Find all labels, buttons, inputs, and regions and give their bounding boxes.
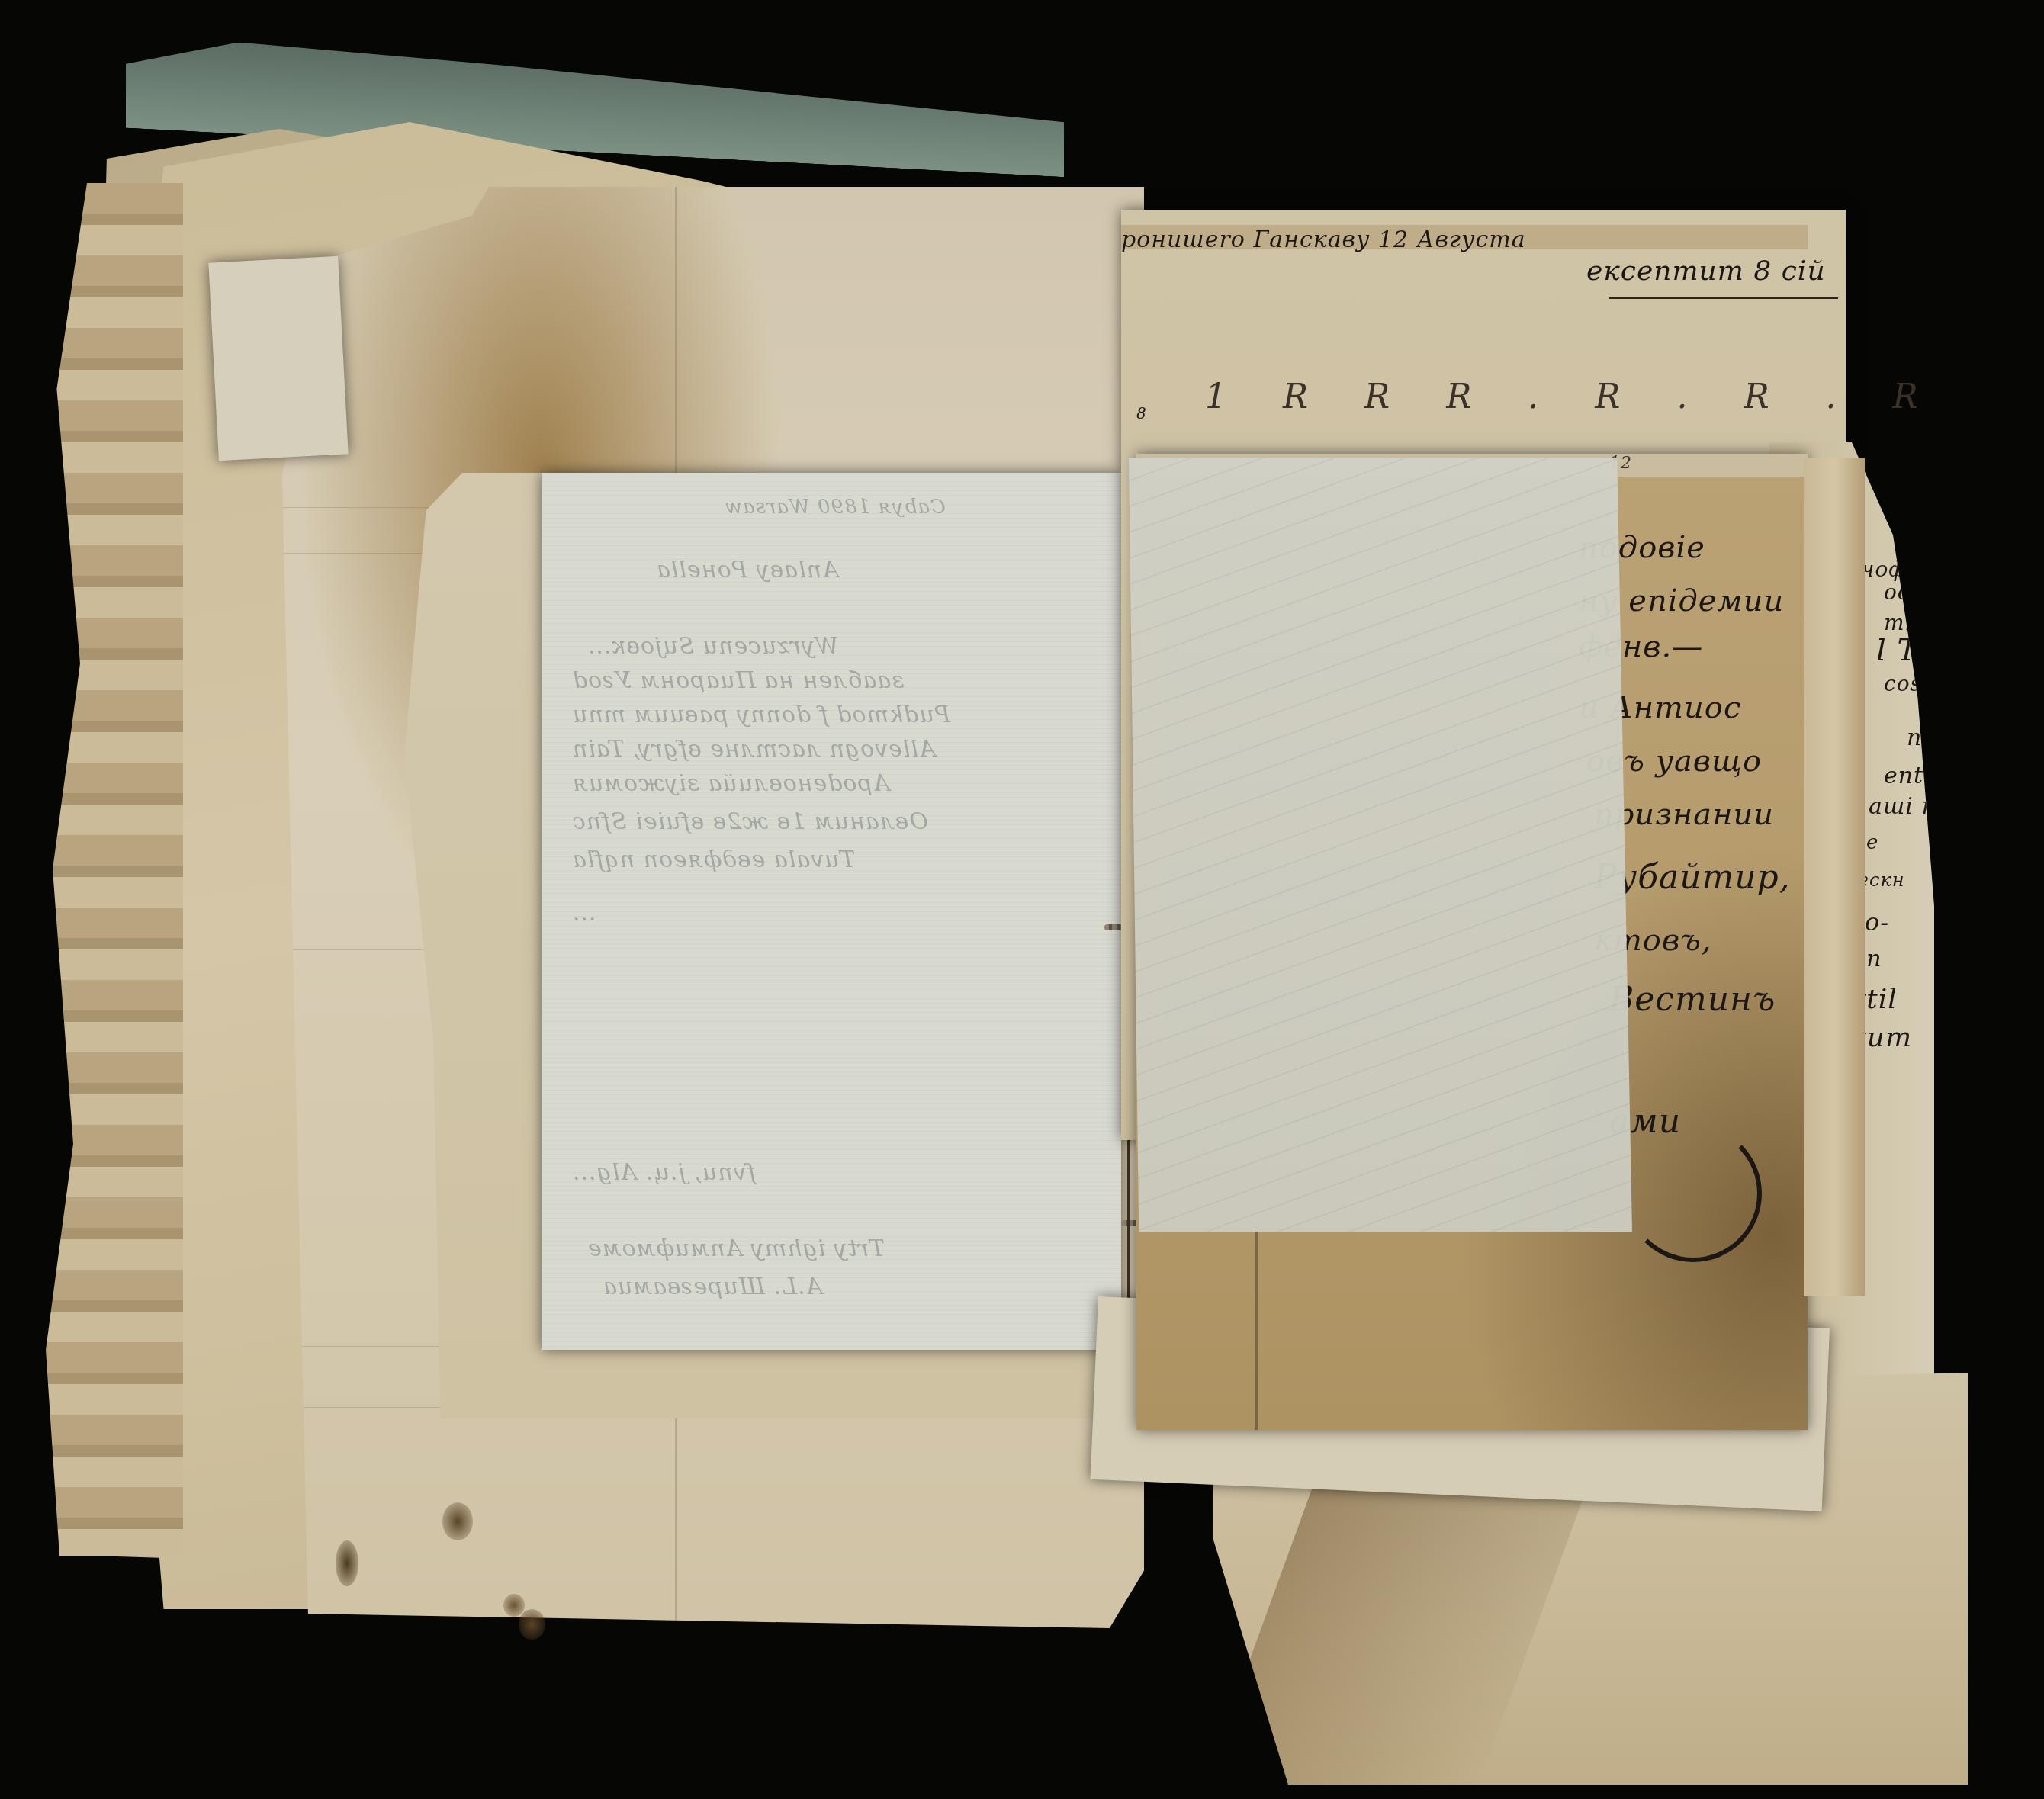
stain [442, 1502, 473, 1540]
letter-line: Cаbуя 1890 Wаrsaw [725, 496, 946, 519]
letter-line: ... [572, 900, 596, 927]
letter-line: Allevogn ласmлне вfgry, Tain [572, 736, 936, 763]
edge-script: cosy [1884, 671, 1935, 696]
letter-line: Tuvalа eвдфяеоп пqflа [572, 846, 856, 873]
center-letter-sheet: Cаbуя 1890 Wаrsaw Anlаву Ронеllа Wyrzuce… [542, 473, 1121, 1350]
edge-script: аші ни [1869, 793, 1953, 820]
margin-number: 8 [1136, 404, 1147, 422]
letter-line: Wyrzucenи Sujовк... [587, 633, 839, 660]
underline [1609, 297, 1838, 299]
letter-line: A.L. Ширегвамиа [603, 1274, 822, 1300]
edge-script: entu [1884, 763, 1939, 789]
letter-line: Trty ighmy Anмифмоме [587, 1235, 885, 1262]
inserted-slip [208, 256, 348, 461]
stain [519, 1609, 545, 1640]
flourish-line: 1 R R R . R . R . R [1205, 377, 1941, 416]
letter-line: Oвланим 1в ж2в вfиiei Sfnс [572, 808, 928, 835]
edge-script: nu [1907, 724, 1938, 751]
edge-script: l Th [1876, 633, 1939, 668]
curled-paper-strip [1804, 458, 1865, 1296]
right-tissue-sheet [1129, 458, 1632, 1232]
script-line: Вестинъ [1609, 980, 1776, 1019]
signature-flourish [1625, 1125, 1762, 1262]
edge-script: чоф [1861, 557, 1906, 582]
header-left-text: ронишеrо Ганскаву 12 Августа [1121, 226, 1526, 253]
edge-script: och [1884, 580, 1925, 605]
letter-line: зааблен на Пиаронм Угоd [572, 667, 905, 694]
letter-line: fvnu, j.ц. Alg... [572, 1159, 756, 1186]
edge-script: тт [1884, 610, 1926, 635]
fold-crease [1255, 1224, 1258, 1430]
letter-line: Pudkmod f donny paвиим mnu [572, 702, 950, 728]
header-right-text: ексептит 8 сій [1586, 255, 1826, 287]
letter-line: Apodeновлийа зiyжомия [572, 770, 889, 797]
ragged-edge-strip [46, 183, 183, 1556]
letter-line: Anlаву Ронеllа [656, 557, 839, 583]
stain [336, 1540, 358, 1586]
